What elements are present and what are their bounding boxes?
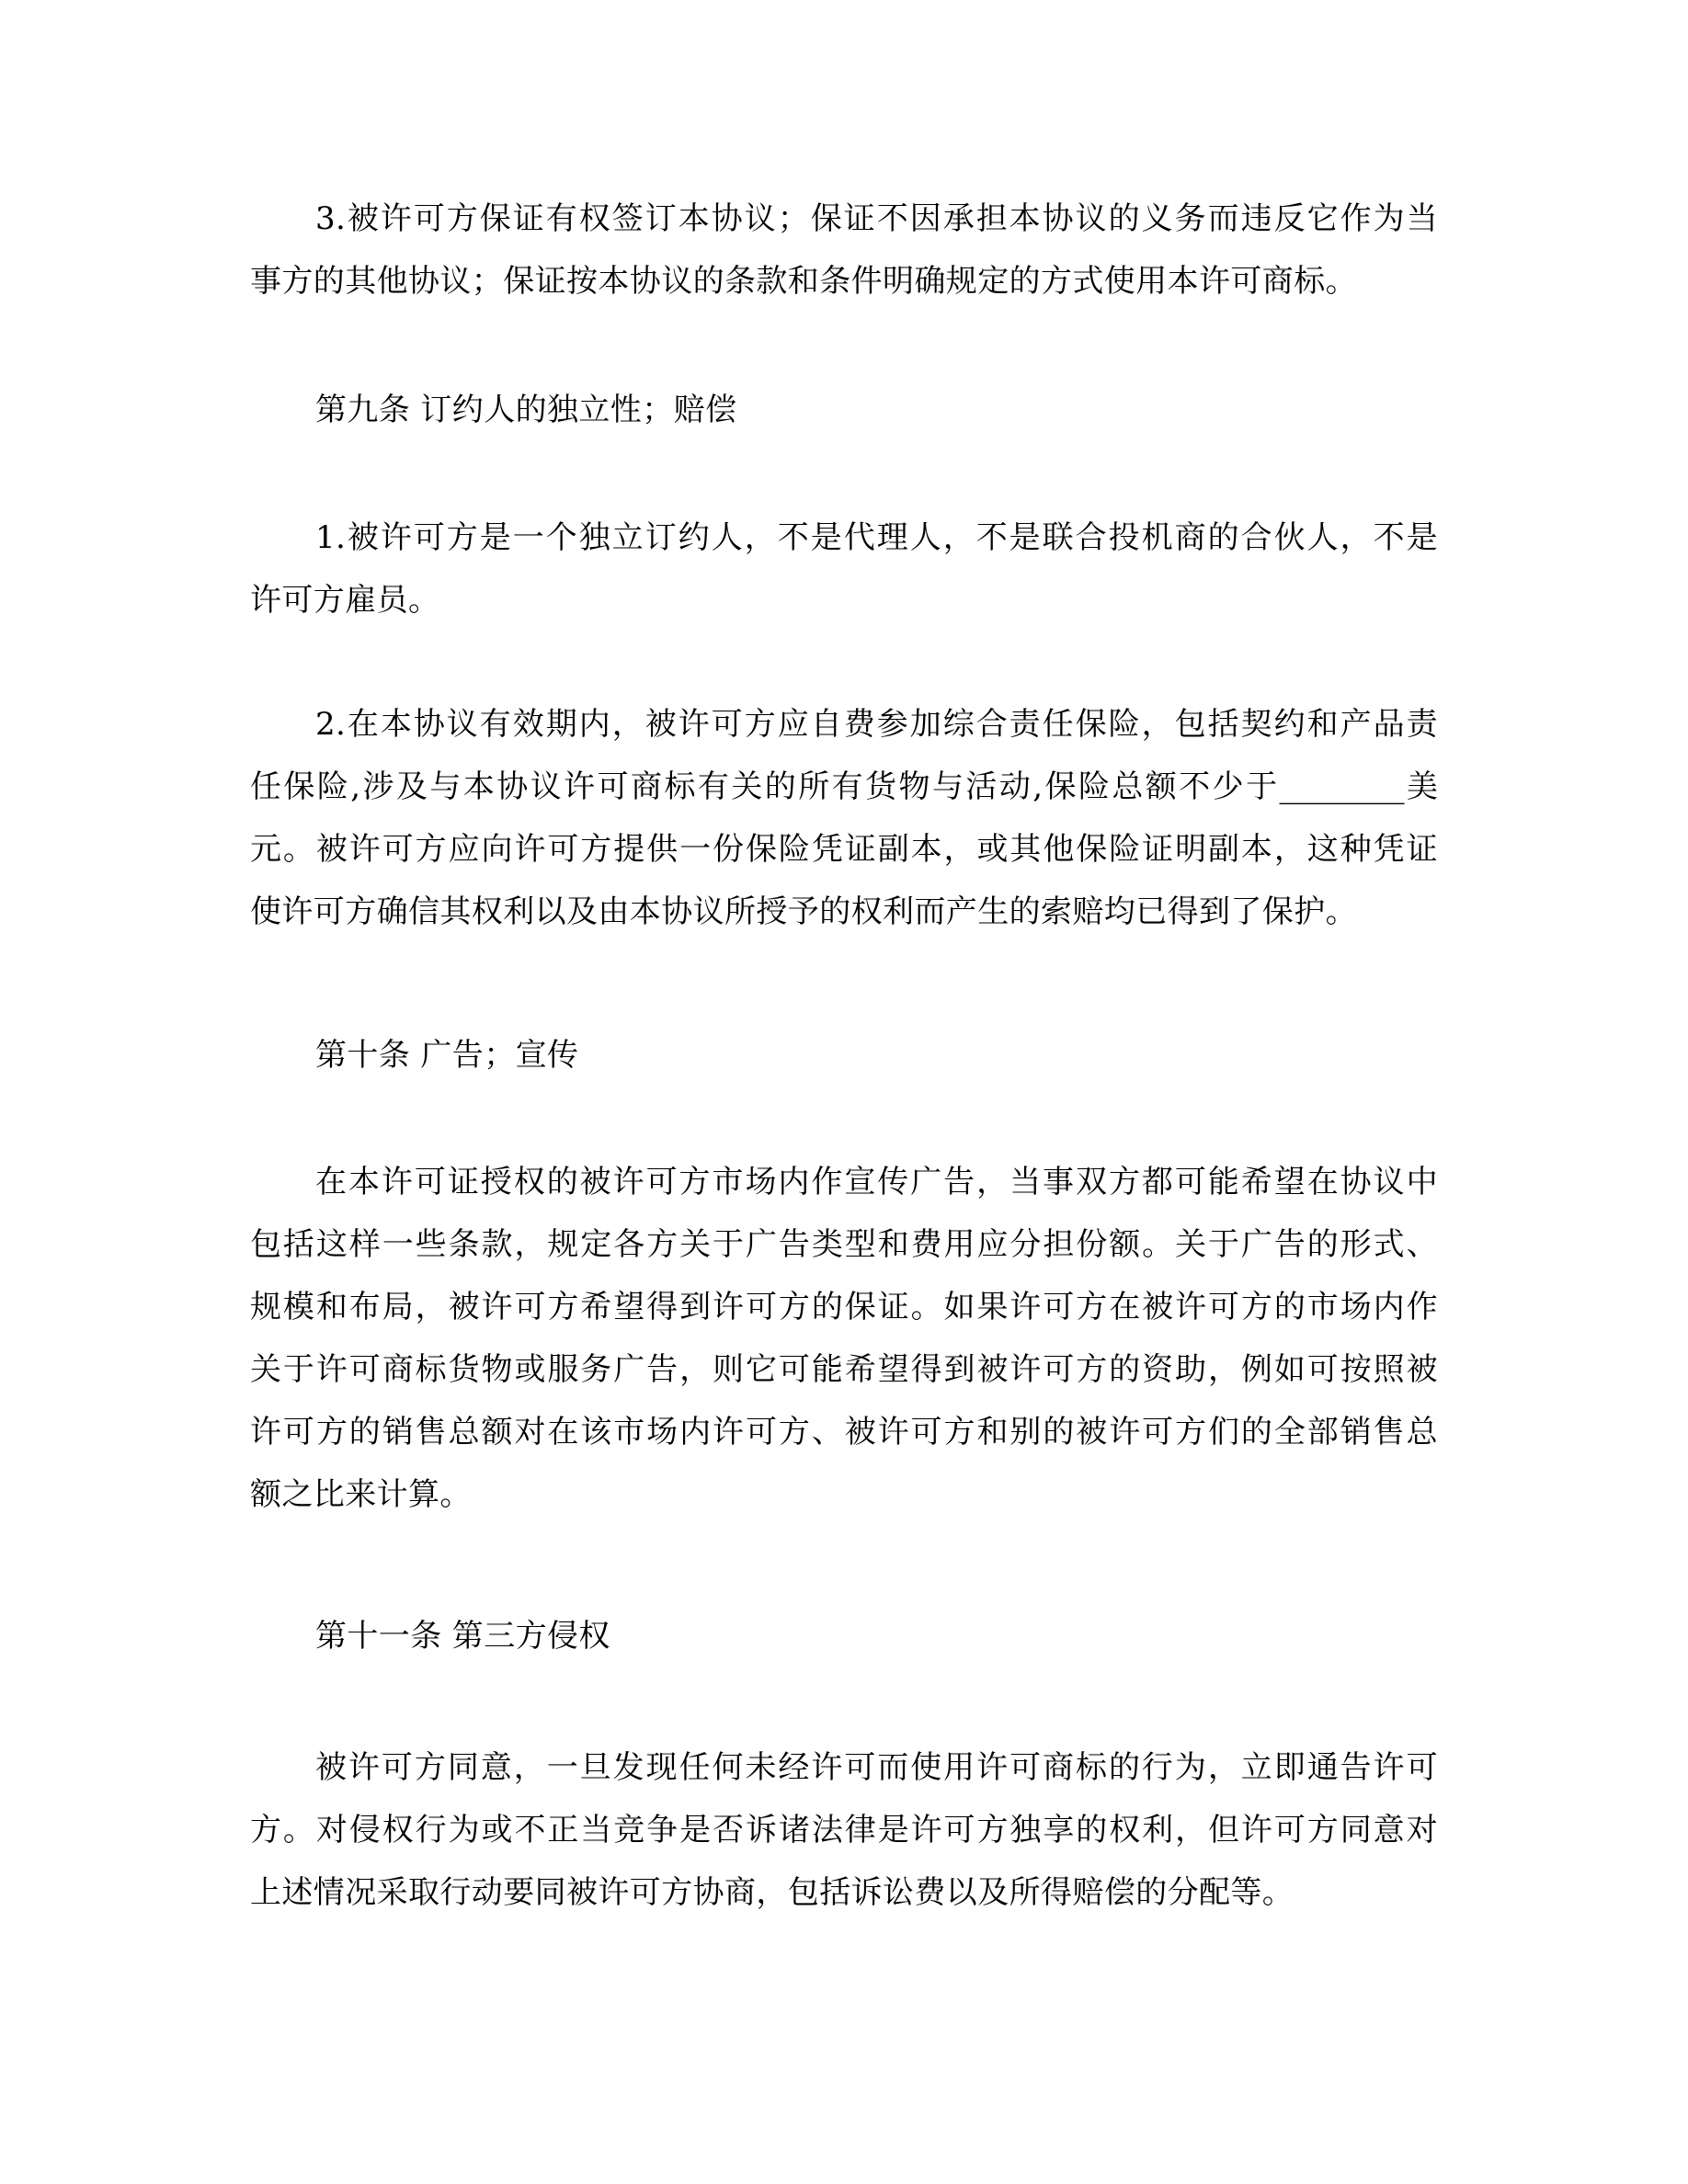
- article-10-body: 在本许可证授权的被许可方市场内作宣传广告，当事双方都可能希望在协议中 包括这样一…: [250, 1164, 1438, 1539]
- text-line: 在本许可证授权的被许可方市场内作宣传广告，当事双方都可能希望在协议中: [250, 1164, 1438, 1226]
- article-11-heading: 第十一条 第三方侵权: [250, 1618, 1438, 1680]
- text-line: 事方的其他协议；保证按本协议的条款和条件明确规定的方式使用本许可商标。: [250, 263, 1438, 325]
- article-9-item-1: 1.被许可方是一个独立订约人，不是代理人，不是联合投机商的合伙人，不是 许可方雇…: [250, 519, 1438, 644]
- clause-8-item-3: 3.被许可方保证有权签订本协议；保证不因承担本协议的义务而违反它作为当 事方的其…: [250, 200, 1438, 325]
- text-line: 元。被许可方应向许可方提供一份保险凭证副本，或其他保险证明副本，这种凭证: [250, 831, 1438, 893]
- text-line: 3.被许可方保证有权签订本协议；保证不因承担本协议的义务而违反它作为当: [250, 200, 1438, 263]
- article-11-body: 被许可方同意，一旦发现任何未经许可而使用许可商标的行为，立即通告许可 方。对侵权…: [250, 1749, 1438, 1937]
- heading-text: 第十一条 第三方侵权: [250, 1618, 1438, 1680]
- text-line: 使许可方确信其权利以及由本协议所授予的权利而产生的索赔均已得到了保护。: [250, 893, 1438, 956]
- text-line: 许可方的销售总额对在该市场内许可方、被许可方和别的被许可方们的全部销售总: [250, 1414, 1438, 1476]
- text-line: 关于许可商标货物或服务广告，则它可能希望得到被许可方的资助，例如可按照被: [250, 1351, 1438, 1414]
- text-line-with-blank: 任保险,涉及与本协议许可商标有关的所有货物与活动,保险总额不少于________…: [250, 768, 1438, 831]
- article-9-item-2: 2.在本协议有效期内，被许可方应自费参加综合责任保险，包括契约和产品责 任保险,…: [250, 706, 1438, 956]
- heading-text: 第十条 广告；宣传: [250, 1037, 1438, 1099]
- text-line: 额之比来计算。: [250, 1476, 1438, 1539]
- text-line: 方。对侵权行为或不正当竞争是否诉诸法律是许可方独享的权利，但许可方同意对: [250, 1812, 1438, 1874]
- text-line: 许可方雇员。: [250, 582, 1438, 644]
- text-line: 上述情况采取行动要同被许可方协商，包括诉讼费以及所得赔偿的分配等。: [250, 1874, 1438, 1937]
- heading-text: 第九条 订约人的独立性；赔偿: [250, 392, 1438, 454]
- text-line: 2.在本协议有效期内，被许可方应自费参加综合责任保险，包括契约和产品责: [250, 706, 1438, 768]
- document-page: 3.被许可方保证有权签订本协议；保证不因承担本协议的义务而违反它作为当 事方的其…: [0, 0, 1688, 2184]
- text-line: 包括这样一些条款，规定各方关于广告类型和费用应分担份额。关于广告的形式、: [250, 1226, 1438, 1289]
- text-line: 被许可方同意，一旦发现任何未经许可而使用许可商标的行为，立即通告许可: [250, 1749, 1438, 1812]
- article-9-heading: 第九条 订约人的独立性；赔偿: [250, 392, 1438, 454]
- text-line: 1.被许可方是一个独立订约人，不是代理人，不是联合投机商的合伙人，不是: [250, 519, 1438, 582]
- article-10-heading: 第十条 广告；宣传: [250, 1037, 1438, 1099]
- text-line: 规模和布局，被许可方希望得到许可方的保证。如果许可方在被许可方的市场内作: [250, 1289, 1438, 1351]
